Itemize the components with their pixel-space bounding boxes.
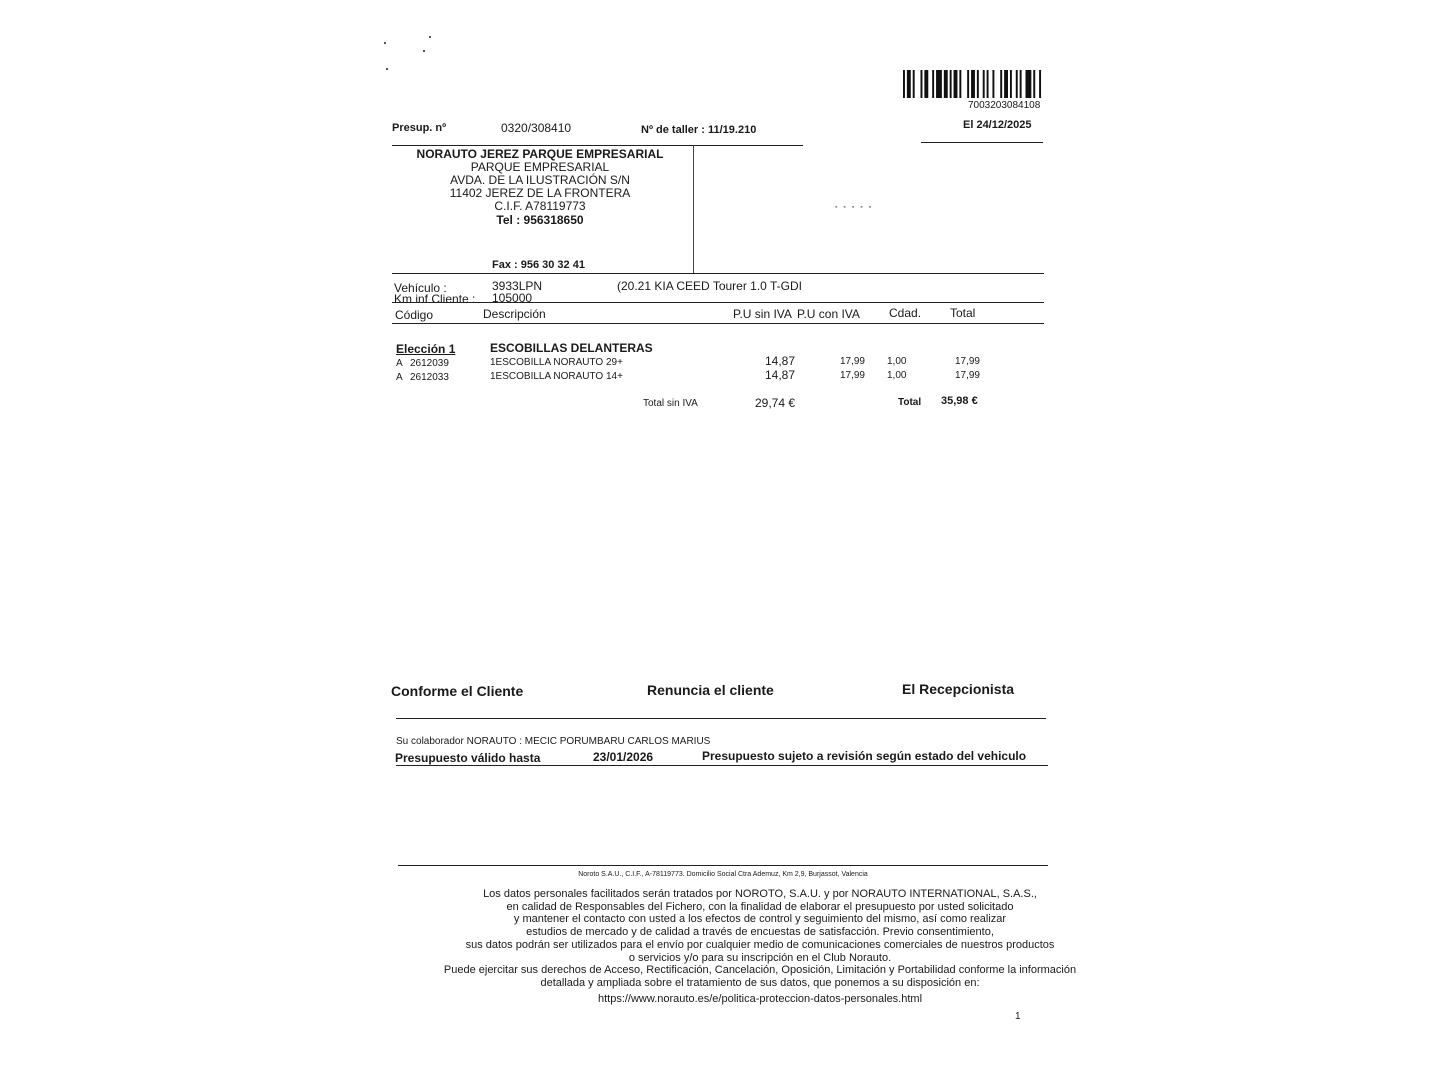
total-value: 35,98 € xyxy=(941,395,978,407)
divider xyxy=(396,718,1046,719)
km-label: Km inf Cliente : xyxy=(394,292,475,306)
col-header-pu-con-iva: P.U con IVA xyxy=(797,307,860,321)
scan-artifact xyxy=(429,36,431,38)
divider xyxy=(392,145,803,146)
scan-artifact xyxy=(384,42,386,44)
divider xyxy=(398,865,1048,866)
divider xyxy=(396,765,1048,766)
cell-total: 17,99 xyxy=(920,370,980,381)
col-header-qty: Cdad. xyxy=(889,306,921,320)
col-header-total: Total xyxy=(950,306,975,320)
cell-type: A xyxy=(396,358,403,369)
signature-receptionist: El Recepcionista xyxy=(902,681,1014,697)
privacy-line: o servicios y/o para su inscripción en e… xyxy=(360,952,1160,965)
quote-number: 0320/308410 xyxy=(501,121,571,135)
divider xyxy=(392,302,1044,303)
cell-qty: 1,00 xyxy=(887,370,906,381)
revision-note: Presupuesto sujeto a revisión según esta… xyxy=(702,749,1026,763)
privacy-notice: Los datos personales facilitados serán t… xyxy=(360,888,1160,1005)
store-fax: Fax : 956 30 32 41 xyxy=(492,259,585,271)
divider xyxy=(392,273,1044,274)
scan-artifact xyxy=(423,50,425,52)
privacy-line: sus datos podrán ser utilizados para el … xyxy=(360,939,1160,952)
company-line: Noroto S.A.U., C.I.F., A-78119773. Domic… xyxy=(398,871,1048,878)
quote-date: El 24/12/2025 xyxy=(963,119,1032,131)
col-header-pu-sin-iva: P.U sin IVA xyxy=(733,307,792,321)
cell-description: 1ESCOBILLA NORAUTO 29+ xyxy=(490,357,623,368)
store-address: NORAUTO JEREZ PARQUE EMPRESARIAL PARQUE … xyxy=(400,148,680,227)
quote-label: Presup. nº xyxy=(392,122,446,134)
cell-code: 2612033 xyxy=(410,372,449,383)
valid-until-label: Presupuesto válido hasta xyxy=(395,751,540,765)
collaborator: Su colaborador NORAUTO : MECIC PORUMBARU… xyxy=(396,736,710,747)
cell-description: 1ESCOBILLA NORAUTO 14+ xyxy=(490,371,623,382)
barcode-number: 7003203084108 xyxy=(968,100,1040,111)
privacy-line: detallada y ampliada sobre el tratamient… xyxy=(360,977,1160,990)
cell-type: A xyxy=(396,372,403,383)
cell-pu-sin-iva: 14,87 xyxy=(735,368,795,382)
privacy-line: estudios de mercado y de calidad a travé… xyxy=(360,926,1160,939)
group-title: ESCOBILLAS DELANTERAS xyxy=(490,341,653,355)
divider xyxy=(921,142,1043,143)
signature-client: Conforme el Cliente xyxy=(391,683,523,699)
cell-pu-con-iva: 17,99 xyxy=(805,370,865,381)
group-label: Elección 1 xyxy=(396,342,455,356)
divider xyxy=(693,145,694,273)
divider xyxy=(392,323,1044,324)
total-label: Total xyxy=(898,397,921,408)
vehicle-model: (20.21 KIA CEED Tourer 1.0 T-GDI xyxy=(617,279,802,293)
privacy-line: y mantener el contacto con usted a los e… xyxy=(360,913,1160,926)
col-header-code: Código xyxy=(395,308,433,322)
total-sin-iva-value: 29,74 € xyxy=(755,396,795,410)
signature-waiver: Renuncia el cliente xyxy=(647,682,774,698)
cell-total: 17,99 xyxy=(920,356,980,367)
col-header-description: Descripción xyxy=(483,307,546,321)
scan-artifact xyxy=(386,68,388,70)
privacy-policy-link[interactable]: https://www.norauto.es/e/politica-protec… xyxy=(360,993,1160,1006)
total-sin-iva-label: Total sin IVA xyxy=(643,398,698,409)
cell-qty: 1,00 xyxy=(887,356,906,367)
store-tel: Tel : 956318650 xyxy=(400,214,680,227)
scan-artifact: ▪ ▪ ▪ ▪ ▪ xyxy=(835,204,873,211)
barcode-icon xyxy=(903,70,1043,98)
cell-pu-con-iva: 17,99 xyxy=(805,356,865,367)
privacy-line: Puede ejercitar sus derechos de Acceso, … xyxy=(360,964,1160,977)
privacy-line: en calidad de Responsables del Fichero, … xyxy=(360,901,1160,914)
valid-until-date: 23/01/2026 xyxy=(593,750,653,764)
store-line: C.I.F. A78119773 xyxy=(400,200,680,213)
privacy-line: Los datos personales facilitados serán t… xyxy=(360,888,1160,901)
cell-pu-sin-iva: 14,87 xyxy=(735,354,795,368)
page-number: 1 xyxy=(1015,1011,1021,1022)
workshop-number: Nº de taller : 11/19.210 xyxy=(641,124,756,136)
cell-code: 2612039 xyxy=(410,358,449,369)
